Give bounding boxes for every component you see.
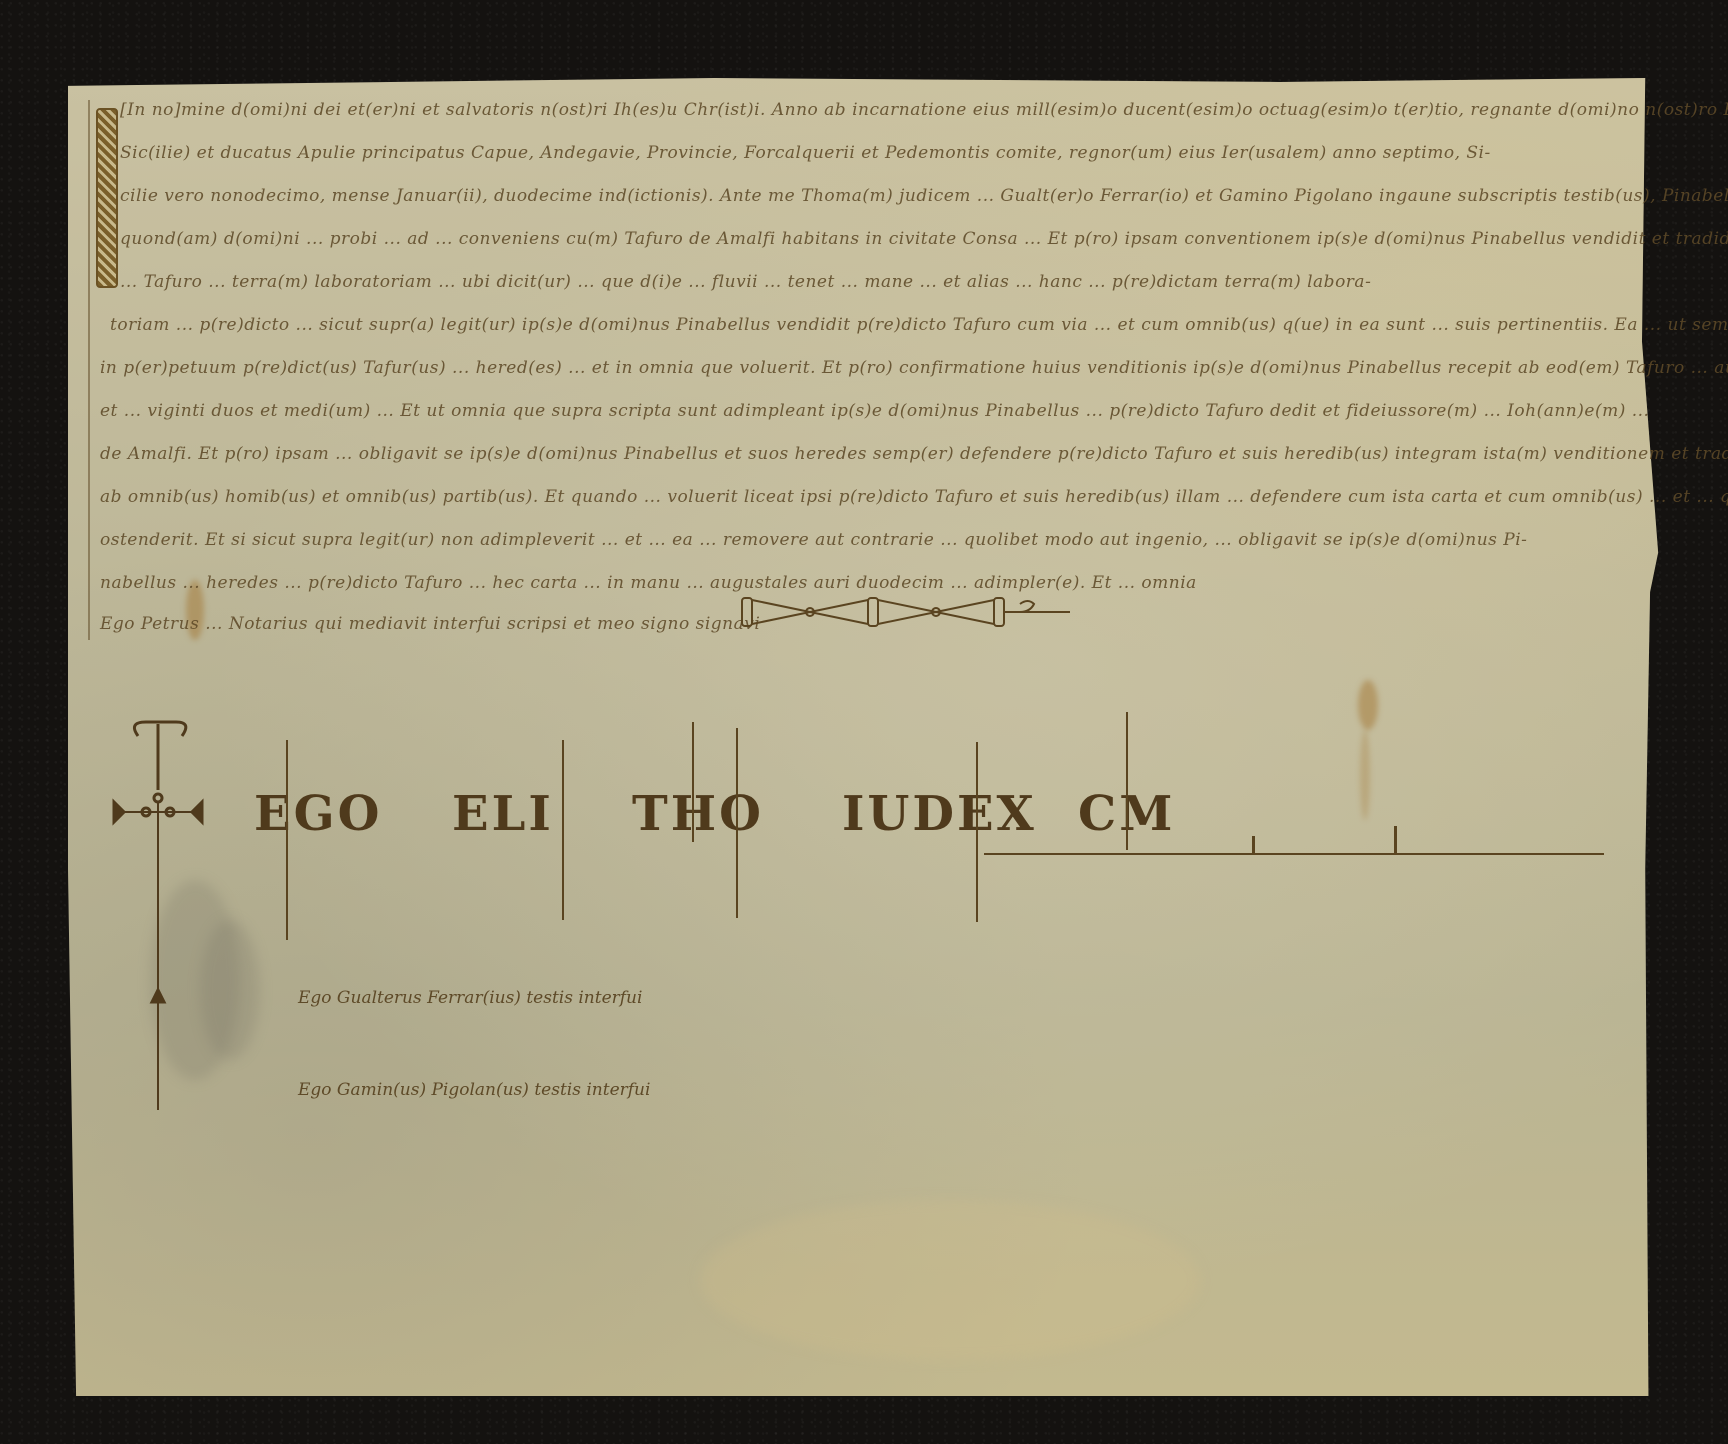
- descender-stroke: [562, 740, 564, 920]
- subscription-word-3: THO: [632, 786, 764, 842]
- text-line: et ... viginti duos et medi(um) ... Et u…: [100, 401, 1649, 421]
- text-line: [In no]mine d(omi)ni dei et(er)ni et sal…: [120, 100, 1728, 120]
- subscription-word-2: ELI: [452, 786, 554, 842]
- cross-signum-icon: [110, 720, 210, 1110]
- text-line: ... Tafuro ... terra(m) laboratoriam ...…: [120, 272, 1371, 292]
- subscription-word-ego: EGO: [254, 786, 382, 842]
- baseline-tick: [1394, 826, 1397, 854]
- cross-stroke: [692, 722, 694, 842]
- descender-stroke: [286, 740, 288, 940]
- text-line: nabellus ... heredes ... p(re)dicto Tafu…: [100, 573, 1197, 593]
- text-line: cilie vero nonodecimo, mense Januar(ii),…: [120, 186, 1728, 206]
- subscription-word-iudex: IUDEX: [842, 786, 1037, 842]
- left-margin-rule: [88, 100, 90, 640]
- witness-subscription: Ego Gualterus Ferrar(ius) testis interfu…: [298, 988, 642, 1008]
- witness-subscription: Ego Gamin(us) Pigolan(us) testis interfu…: [298, 1080, 650, 1100]
- text-line: ab omnib(us) homib(us) et omnib(us) part…: [100, 487, 1728, 507]
- text-line: in p(er)petuum p(re)dict(us) Tafur(us) .…: [100, 358, 1728, 378]
- notary-subscription-line: Ego Petrus ... Notarius qui mediavit int…: [100, 614, 760, 634]
- water-stain: [700, 1200, 1200, 1360]
- monogram-staff: [1126, 712, 1128, 850]
- brown-stain: [1358, 680, 1378, 730]
- decorated-initial-bar: [96, 108, 118, 288]
- text-line: Sic(ilie) et ducatus Apulie principatus …: [120, 143, 1491, 163]
- text-line: quond(am) d(omi)ni ... probi ... ad ... …: [120, 229, 1728, 249]
- signature-baseline-rule: [984, 853, 1604, 855]
- text-line: ostenderit. Et si sicut supra legit(ur) …: [100, 530, 1527, 550]
- text-line: de Amalfi. Et p(ro) ipsam ... obligavit …: [100, 444, 1728, 464]
- descender-stroke: [736, 728, 738, 918]
- descender-stroke: [976, 742, 978, 922]
- notarial-signum-icon: [740, 594, 1070, 630]
- text-line: toriam ... p(re)dicto ... sicut supr(a) …: [110, 315, 1728, 335]
- baseline-tick: [1252, 836, 1255, 854]
- brown-stain: [1360, 730, 1370, 820]
